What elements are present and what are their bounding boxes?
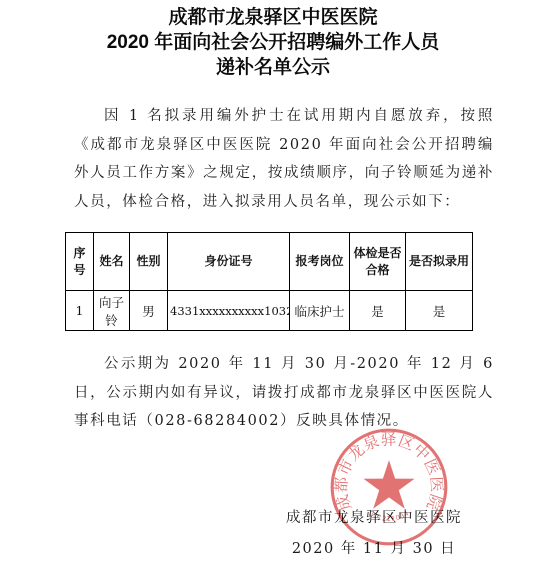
cell-id-number: 4331xxxxxxxxxx1032: [168, 291, 290, 331]
table-row: 1 向子铃 男 4331xxxxxxxxxx1032 临床护士 是 是: [66, 291, 473, 331]
cell-index: 1: [66, 291, 94, 331]
notice-period-paragraph: 公示期为 2020 年 11 月 30 月-2020 年 12 月 6 日，公示…: [74, 350, 494, 436]
col-header-gender: 性别: [130, 233, 168, 291]
signature-date: 2020 年 11 月 30 日: [286, 534, 462, 565]
title-line-3: 递补名单公示: [0, 55, 546, 80]
col-header-to-be-hired: 是否拟录用: [406, 233, 473, 291]
cell-name: 向子铃: [94, 291, 130, 331]
table-header-row: 序号 姓名 性别 身份证号 报考岗位 体检是否合格 是否拟录用: [66, 233, 473, 291]
signature-org: 成都市龙泉驿区中医医院: [286, 503, 462, 534]
title-line-1: 成都市龙泉驿区中医医院: [0, 5, 546, 30]
col-header-name: 姓名: [94, 233, 130, 291]
intro-paragraph: 因 1 名拟录用编外护士在试用期内自愿放弃，按照《成都市龙泉驿区中医医院 202…: [74, 102, 494, 216]
title-line-2: 2020 年面向社会公开招聘编外工作人员: [0, 30, 546, 55]
signature-block: 成都市龙泉驿区中医医院 2020 年 11 月 30 日: [286, 503, 462, 565]
star-icon: [363, 460, 414, 509]
cell-gender: 男: [130, 291, 168, 331]
candidate-table: 序号 姓名 性别 身份证号 报考岗位 体检是否合格 是否拟录用 1 向子铃 男 …: [65, 232, 473, 331]
col-header-position: 报考岗位: [290, 233, 350, 291]
cell-position: 临床护士: [290, 291, 350, 331]
cell-to-be-hired: 是: [406, 291, 473, 331]
col-header-index: 序号: [66, 233, 94, 291]
svg-text:成都市龙泉驿区中医医院: 成都市龙泉驿区中医医院: [332, 431, 445, 513]
col-header-id-number: 身份证号: [168, 233, 290, 291]
announcement-document: 成都市龙泉驿区中医医院 2020 年面向社会公开招聘编外工作人员 递补名单公示 …: [0, 0, 546, 582]
document-title: 成都市龙泉驿区中医医院 2020 年面向社会公开招聘编外工作人员 递补名单公示: [0, 5, 546, 80]
cell-physical-exam: 是: [350, 291, 406, 331]
col-header-physical-exam: 体检是否合格: [350, 233, 406, 291]
seal-arc-text: 成都市龙泉驿区中医医院: [332, 431, 445, 513]
